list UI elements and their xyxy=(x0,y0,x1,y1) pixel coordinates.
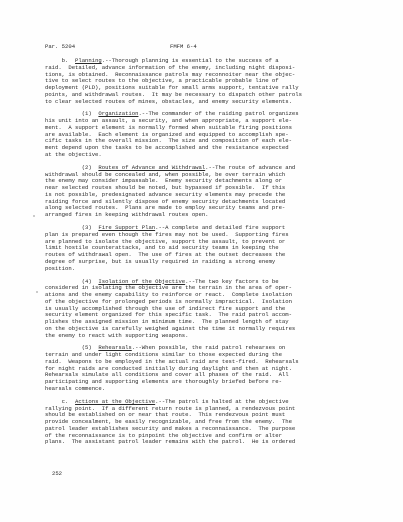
text-line: arranged fires in keeping withdrawal rou… xyxy=(45,212,350,219)
paragraph-number: b. xyxy=(45,57,75,64)
text-line: the enemy to react with supporting weapo… xyxy=(45,333,350,340)
section-heading: Actions at the Objective xyxy=(75,398,155,405)
document-page: Par. 5204 FMFM 6-4 b. Planning.--Thoroug… xyxy=(0,0,403,522)
scan-artifact xyxy=(33,215,35,217)
paragraph-text: .--Thorough planning is essential to the… xyxy=(102,57,279,64)
text-line: plans. The assistant patrol leader remai… xyxy=(45,439,350,446)
section-heading: Routes of Advance and Withdrawal xyxy=(98,164,205,171)
paragraph-b2: (2) Routes of Advance and Withdrawal.--T… xyxy=(45,165,350,219)
paragraph-number: c. xyxy=(45,398,75,405)
page-header: Par. 5204 FMFM 6-4 xyxy=(45,43,345,51)
section-heading: Fire Support Plan xyxy=(98,224,155,231)
text-line: hearsals commence. xyxy=(45,386,350,393)
paragraph-b4: (4) Isolation of the Objective.--The two… xyxy=(45,279,350,340)
paragraph-b5: (5) Rehearsals.--When possible, the raid… xyxy=(45,345,350,392)
manual-identifier: FMFM 6-4 xyxy=(170,43,197,50)
paragraph-text: .--The route of advance and xyxy=(205,164,295,171)
paragraph-b1: (1) Organization.--The commander of the … xyxy=(45,111,350,158)
paragraph-number: (3) xyxy=(45,224,98,231)
paragraph-b: b. Planning.--Thorough planning is essen… xyxy=(45,58,350,105)
text-line: position. xyxy=(45,266,350,273)
paragraph-b3: (3) Fire Support Plan.--A complete and d… xyxy=(45,225,350,272)
scan-artifact xyxy=(36,291,38,293)
paragraph-c: c. Actions at the Objective.--The patrol… xyxy=(45,399,350,446)
paragraph-text: .--The patrol is halted at the objective xyxy=(155,398,288,405)
paragraph-reference: Par. 5204 xyxy=(45,43,75,50)
page-number: 252 xyxy=(52,470,62,477)
document-body: b. Planning.--Thorough planning is essen… xyxy=(45,58,350,446)
text-line: to clear selected routes of mines, obsta… xyxy=(45,99,350,106)
section-heading: Planning xyxy=(75,57,102,64)
text-line: degree of surprise, but is usually requi… xyxy=(45,259,350,266)
text-line: at the objective. xyxy=(45,152,350,159)
paragraph-number: (2) xyxy=(45,164,98,171)
paragraph-text: .--A complete and detailed fire support xyxy=(155,224,285,231)
